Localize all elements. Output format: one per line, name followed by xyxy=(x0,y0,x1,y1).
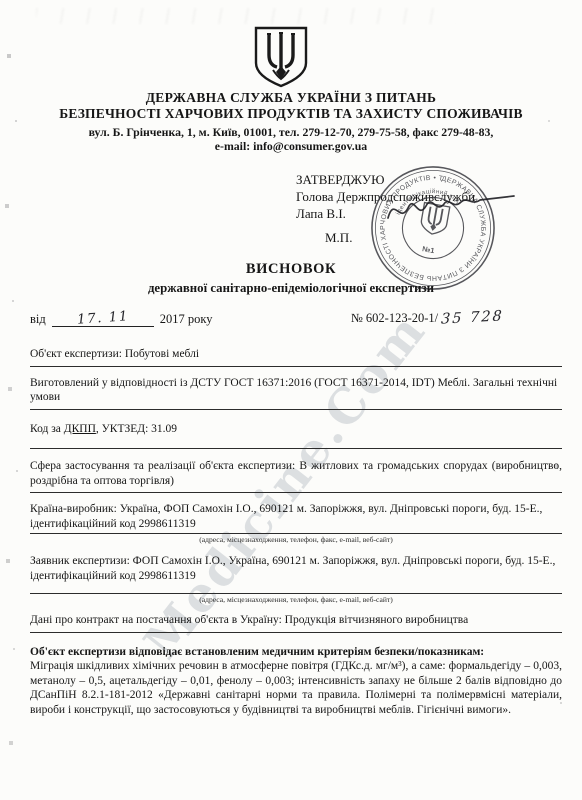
manufacturer-label: Країна-виробник: xyxy=(30,503,117,515)
reference-row: від17. 112017 року № 602-123-20-1/ 35 72… xyxy=(30,311,562,327)
handwritten-number: 35 728 xyxy=(441,309,504,327)
scan-smudge xyxy=(36,8,456,24)
date-blank-line: 17. 11 xyxy=(52,311,154,327)
applicant-caption: (адреса, місцезнаходження, телефон, факс… xyxy=(30,595,562,604)
code-section: Код за ДКПП, УКТЗЕД: 31.09 xyxy=(30,422,562,437)
scope-section: Сфера застосування та реалізації об'єкта… xyxy=(30,459,562,493)
conclusion-body: Міграція шкідливих хімічних речовин в ат… xyxy=(30,659,562,717)
code-prefix: Код за xyxy=(30,423,61,435)
document-subtitle: державної санітарно-епідеміологічної екс… xyxy=(0,281,582,296)
document-body: Об'єкт експертизи: Побутові меблі Вигото… xyxy=(30,347,562,717)
contract-value: Продукція вітчизняного виробництва xyxy=(285,614,469,626)
signature-scribble xyxy=(382,180,518,237)
scope-label: Сфера застосування та реалізації об'єкта… xyxy=(30,460,295,472)
code-dkpp: ДКПП xyxy=(64,423,96,435)
manufacturer-caption: (адреса, місцезнаходження, телефон, факс… xyxy=(30,535,562,544)
org-address: вул. Б. Грінченка, 1, м. Київ, 01001, те… xyxy=(0,125,582,140)
scan-noise-speckles xyxy=(0,0,2,2)
document-number: № 602-123-20-1/ 35 728 xyxy=(351,311,504,326)
number-printed: № 602-123-20-1/ xyxy=(351,311,438,325)
scanned-document-page: Medicine.Com ДЕРЖАВНА СЛУЖБА УКРАЇНИ З П… xyxy=(0,0,582,800)
object-section: Об'єкт експертизи: Побутові меблі xyxy=(30,347,562,367)
object-label: Об'єкт експертизи: xyxy=(30,348,122,360)
date-from-label: від xyxy=(30,312,46,326)
standard-section: Виготовлений у відповідності із ДСТУ ГОС… xyxy=(30,376,562,410)
divider-rule xyxy=(30,593,562,594)
org-name-line2: БЕЗПЕЧНОСТІ ХАРЧОВИХ ПРОДУКТІВ ТА ЗАХИСТ… xyxy=(0,107,582,122)
applicant-section: Заявник експертизи: ФОП Самохін І.О., Ук… xyxy=(30,554,562,604)
year-label: 2017 року xyxy=(160,312,213,326)
contract-label: Дані про контракт на постачання об'єкта … xyxy=(30,614,282,626)
applicant-text: Заявник експертизи: ФОП Самохін І.О., Ук… xyxy=(30,554,562,583)
divider-rule xyxy=(30,448,562,449)
manufacturer-section: Країна-виробник: Україна, ФОП Самохін І.… xyxy=(30,502,562,544)
manufacturer-text: Країна-виробник: Україна, ФОП Самохін І.… xyxy=(30,502,562,534)
stamp-number: №1 xyxy=(422,244,436,255)
object-value: Побутові меблі xyxy=(125,348,199,360)
org-email: e-mail: info@consumer.gov.ua xyxy=(0,139,582,154)
handwritten-date: 17. 11 xyxy=(76,309,129,327)
contract-section: Дані про контракт на постачання об'єкта … xyxy=(30,613,562,633)
conclusion-section: Об'єкт експертизи відповідає встановлени… xyxy=(30,645,562,718)
code-rest: , УКТЗЕД: 31.09 xyxy=(96,423,177,435)
conclusion-heading: Об'єкт експертизи відповідає встановлени… xyxy=(30,645,562,660)
applicant-label: Заявник експертизи: xyxy=(30,555,130,567)
document-title: ВИСНОВОК xyxy=(0,262,582,277)
seal-place-label: М.П. xyxy=(325,231,352,246)
org-name-line1: ДЕРЖАВНА СЛУЖБА УКРАЇНИ З ПИТАНЬ xyxy=(0,91,582,106)
ukraine-trident-emblem-icon xyxy=(252,26,310,93)
